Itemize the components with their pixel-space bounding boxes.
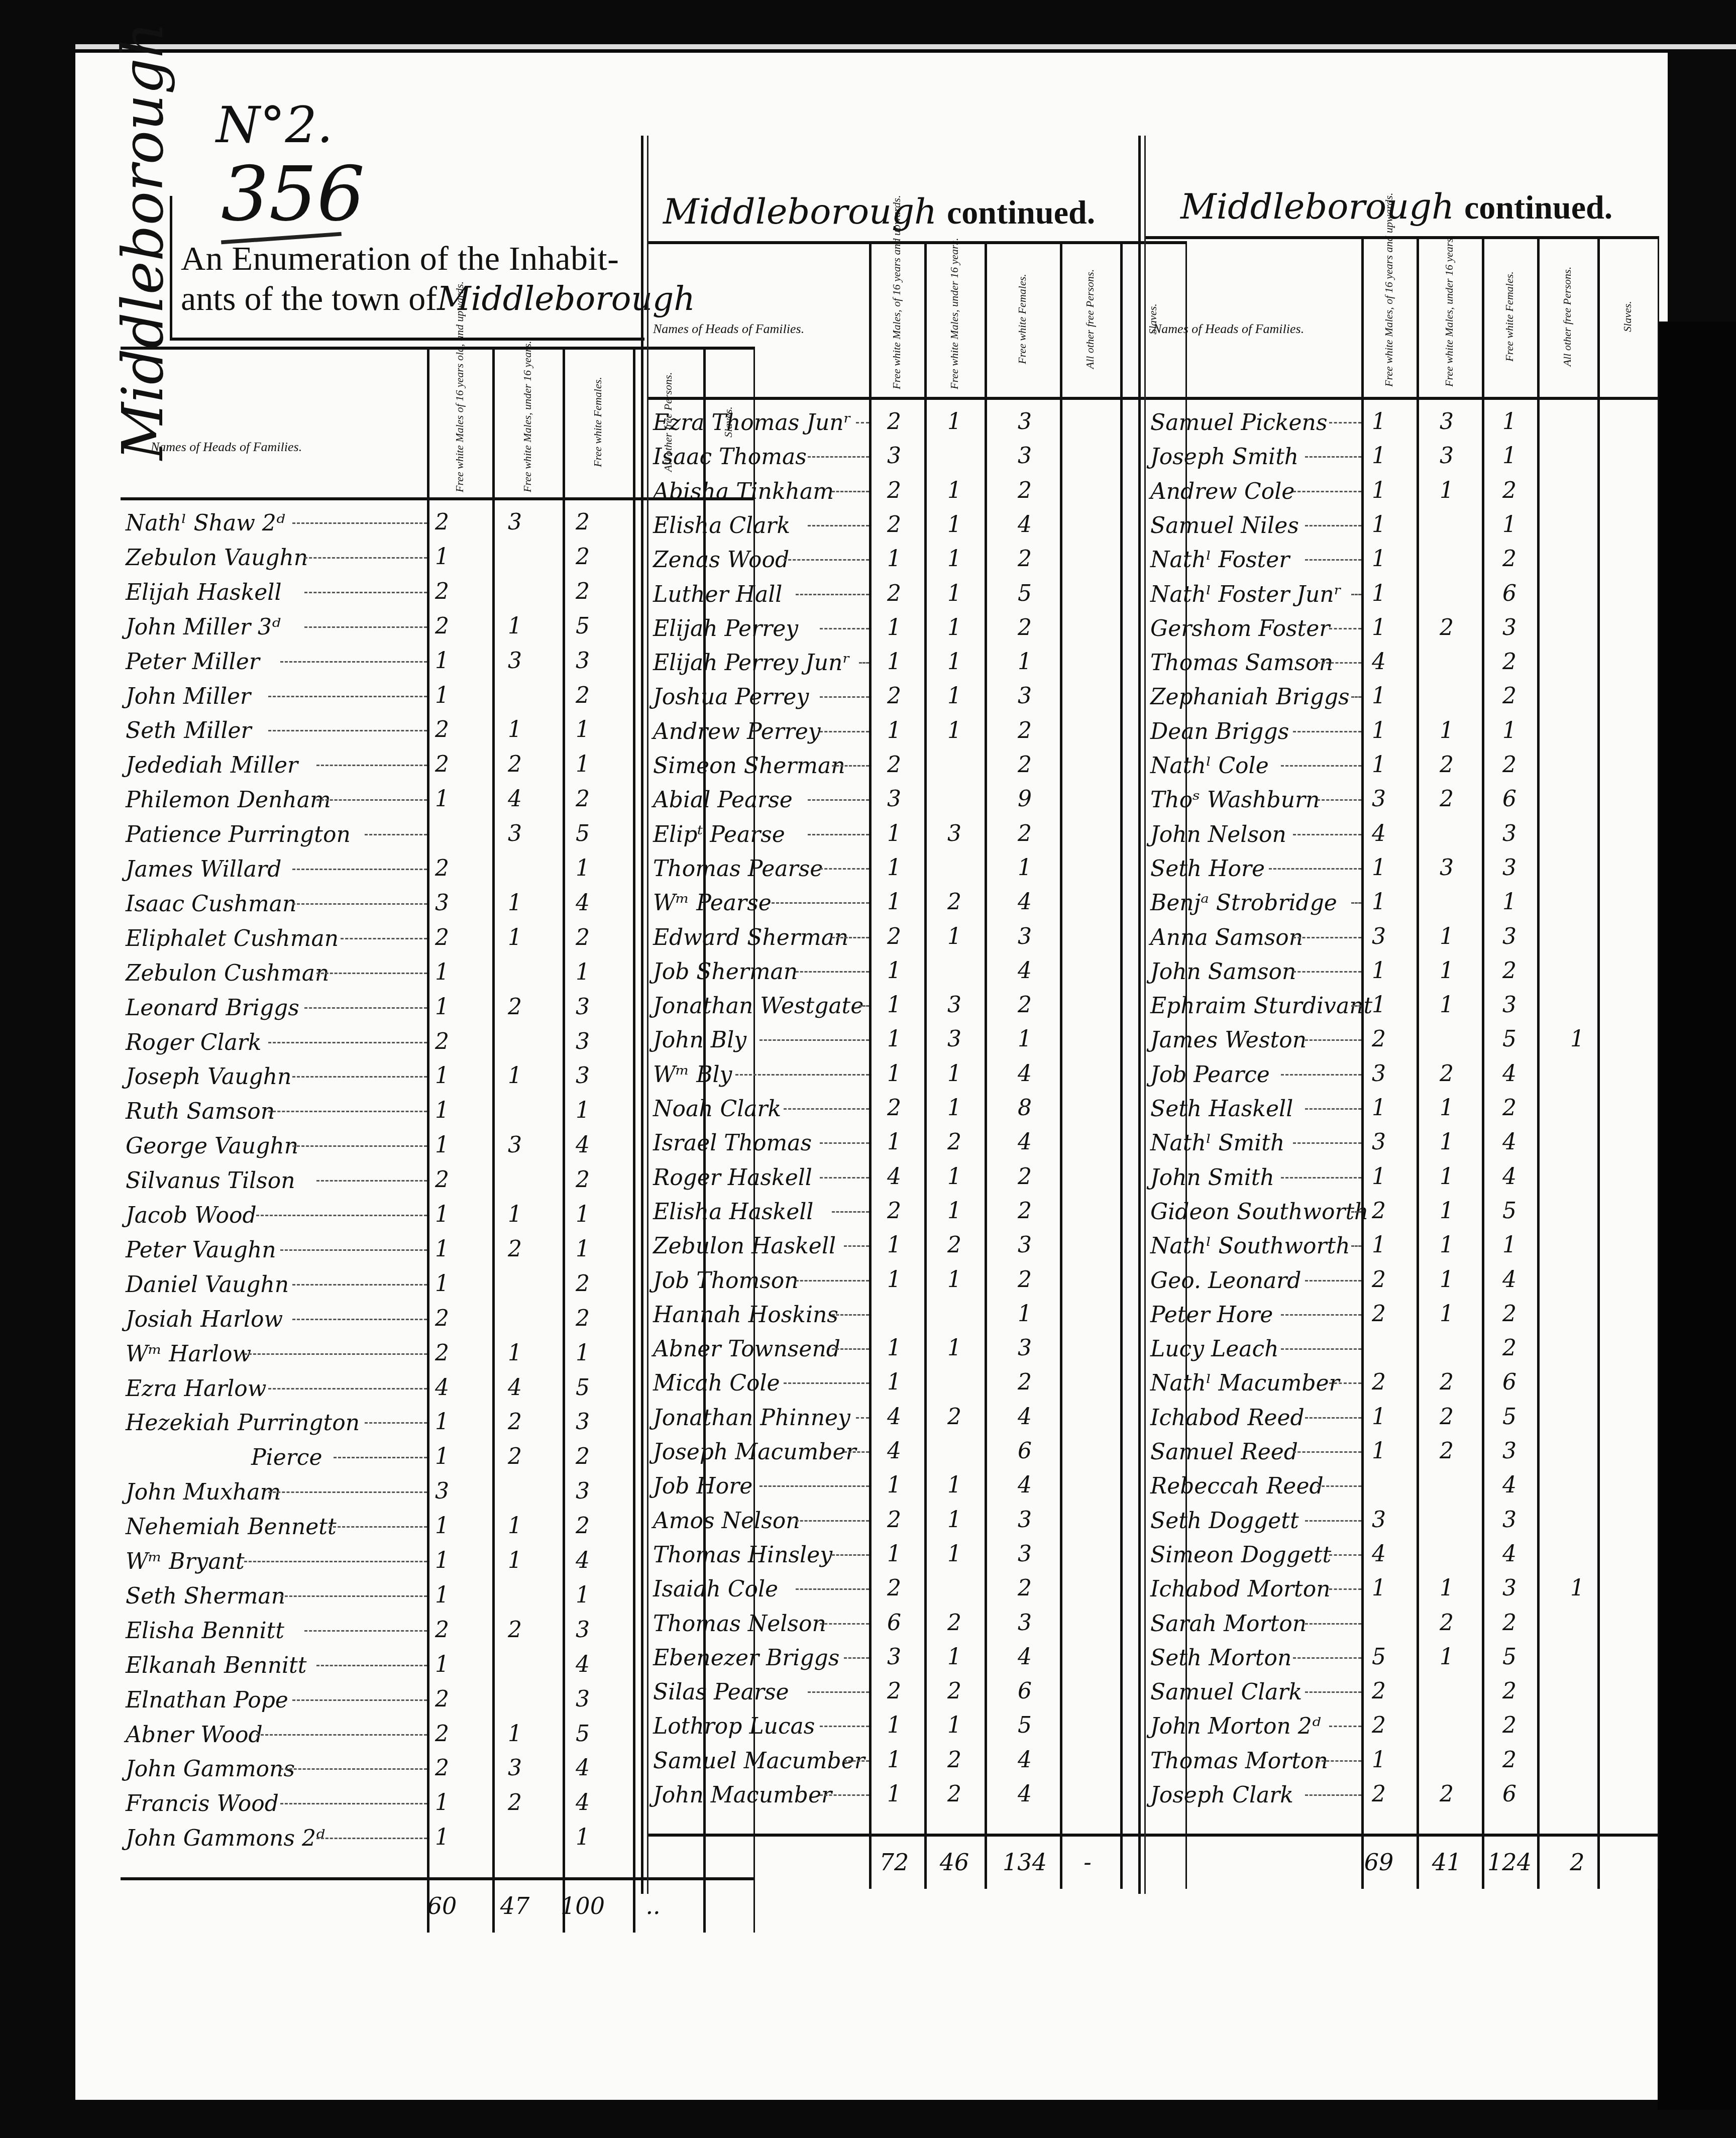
count-mu16: 2: [939, 889, 969, 915]
count-m16: 1: [879, 958, 909, 984]
count-mu16: 1: [939, 1095, 969, 1121]
leader-dash: [1293, 971, 1361, 973]
head-of-family-name: Lothrop Lucas: [653, 1714, 815, 1739]
count-m16: 2: [1364, 1198, 1394, 1224]
leader-dash: [1305, 1520, 1361, 1522]
males16up-header: Free white Males, of 16 years and upward…: [1361, 236, 1417, 397]
count-mu16: 3: [500, 1755, 530, 1781]
count-other: 1: [1562, 1575, 1592, 1601]
census-row: Hannah Hoskins1: [653, 1299, 1185, 1333]
count-m16: 3: [879, 443, 909, 469]
count-f: 2: [568, 1444, 598, 1469]
head-of-family-name: James Weston: [1150, 1027, 1307, 1053]
count-f: 1: [568, 1202, 598, 1227]
census-row: Wᵐ Bly114: [653, 1059, 1185, 1093]
count-m16: 4: [427, 1375, 457, 1401]
count-mu16: 1: [939, 546, 969, 572]
count-m16: 1: [1364, 718, 1394, 743]
count-f: 1: [1494, 718, 1525, 743]
head-of-family-name: Gideon Southworth: [1150, 1199, 1368, 1225]
census-row: Samuel Clark22: [1150, 1676, 1658, 1711]
count-f: 3: [568, 1409, 598, 1435]
leader-dash: [832, 1314, 869, 1316]
head-of-family-name: Thomas Hinsley: [653, 1542, 832, 1568]
count-f: 5: [568, 1375, 598, 1401]
count-m16: 1: [1364, 752, 1394, 778]
leader-dash: [784, 559, 869, 561]
census-row: Zebulon Haskell123: [653, 1230, 1185, 1264]
count-mu16: 1: [500, 717, 530, 742]
count-m16: 2: [1364, 1678, 1394, 1704]
females-header: Free white Females.: [1482, 236, 1537, 397]
head-of-family-name: Eliphalet Cushman: [126, 926, 339, 951]
count-m16: 1: [1364, 1404, 1394, 1430]
census-row: Seth Doggett33: [1150, 1505, 1658, 1539]
census-row: Nathˡ Smith314: [1150, 1127, 1658, 1161]
count-f: 4: [568, 1755, 598, 1781]
section-3-title: Middleboroughcontinued.: [1180, 186, 1612, 227]
head-of-family-name: Job Thomson: [653, 1268, 799, 1294]
count-m16: 1: [1364, 958, 1394, 984]
title-town: Middleborough: [437, 279, 695, 318]
slaves-header: Slaves.: [1120, 241, 1185, 397]
count-f: 1: [1010, 855, 1040, 881]
head-of-family-name: Lucy Leach: [1150, 1336, 1279, 1362]
leader-dash: [316, 765, 427, 766]
count-m16: 1: [879, 1129, 909, 1155]
leader-dash: [1305, 456, 1361, 458]
count-m16: 4: [879, 1404, 909, 1430]
count-mu16: 1: [939, 1335, 969, 1361]
count-f: 2: [568, 544, 598, 570]
count-m16: 2: [879, 752, 909, 778]
count-mu16: 1: [939, 409, 969, 435]
count-mu16: 3: [939, 1026, 969, 1052]
count-m16: 1: [1364, 1747, 1394, 1773]
count-m16: 1: [879, 1747, 909, 1773]
count-m16: 2: [1364, 1713, 1394, 1738]
leader-dash: [844, 1657, 869, 1659]
leader-dash: [1305, 1039, 1361, 1041]
head-of-family-name: Hezekiah Purrington: [126, 1410, 360, 1436]
leader-dash: [268, 1491, 427, 1493]
count-f: 1: [568, 1825, 598, 1850]
count-mu16: 1: [939, 649, 969, 675]
count-mu16: 1: [500, 1721, 530, 1747]
count-mu16: 4: [500, 786, 530, 812]
count-m16: 2: [1364, 1267, 1394, 1293]
count-mu16: 2: [1432, 1781, 1462, 1807]
head-of-family-name: Abisha Tinkham: [653, 479, 834, 504]
leader-dash: [280, 1595, 427, 1597]
count-f: 4: [568, 1132, 598, 1158]
count-mu16: 1: [1432, 1129, 1462, 1155]
count-f: 6: [1494, 1781, 1525, 1807]
count-f: 3: [568, 1617, 598, 1643]
slaves-header-text: Slaves.: [1621, 301, 1634, 332]
count-f: 3: [568, 1686, 598, 1712]
count-m16: 1: [1364, 581, 1394, 606]
leader-dash: [1305, 559, 1361, 561]
head-of-family-name: Abial Pearse: [653, 787, 793, 813]
count-f: 1: [1494, 889, 1525, 915]
head-of-family-name: Jonathan Phinney: [653, 1405, 850, 1431]
count-m16: 4: [879, 1164, 909, 1190]
count-m16: 1: [427, 1548, 457, 1573]
count-f: 4: [1010, 1747, 1040, 1773]
leader-dash: [304, 1630, 427, 1632]
head-of-family-name: Nathˡ Smith: [1150, 1130, 1284, 1156]
leader-dash: [1293, 1451, 1361, 1453]
count-mu16: 3: [939, 992, 969, 1018]
count-f: 1: [1010, 1026, 1040, 1052]
head-of-family-name: Jedediah Miller: [126, 753, 298, 778]
head-of-family-name: John Morton 2ᵈ: [1150, 1714, 1321, 1739]
count-mu16: 2: [1432, 786, 1462, 812]
head-of-family-name: Ezra Harlow: [126, 1376, 266, 1402]
head-of-family-name: Elipᵗ Pearse: [653, 822, 785, 847]
leader-dash: [1329, 422, 1361, 423]
count-mu16: 1: [939, 581, 969, 606]
count-f: 3: [1010, 409, 1040, 435]
leader-dash: [316, 1180, 427, 1182]
head-of-family-name: Philemon Denham: [126, 787, 331, 813]
enumeration-title-box: An Enumeration of the Inhabit- ants of t…: [171, 193, 643, 339]
names-header: Names of Heads of Families.: [151, 440, 302, 455]
head-of-family-name: Zephaniah Briggs: [1150, 684, 1350, 710]
count-f: 2: [1010, 546, 1040, 572]
census-row: John Samson112: [1150, 956, 1658, 990]
count-f: 5: [1494, 1404, 1525, 1430]
count-f: 2: [568, 683, 598, 708]
leader-dash: [292, 1284, 427, 1286]
leader-dash: [1281, 1348, 1361, 1350]
census-row: Andrew Cole112: [1150, 476, 1658, 510]
leader-dash: [1329, 1382, 1361, 1384]
leader-dash: [856, 422, 869, 423]
leader-dash: [844, 1451, 869, 1453]
count-mu16: 1: [1432, 478, 1462, 503]
count-f: 6: [1494, 1369, 1525, 1395]
count-f: 4: [568, 1790, 598, 1815]
census-row: Sarah Morton22: [1150, 1608, 1658, 1642]
females-header: Free white Females.: [985, 241, 1060, 397]
leader-dash: [244, 1353, 427, 1355]
count-m16: 1: [427, 1825, 457, 1850]
leader-dash: [292, 1076, 427, 1078]
census-row: Samuel Reed123: [1150, 1436, 1658, 1470]
count-m16: 1: [879, 1713, 909, 1738]
head-of-family-name: Nathˡ Foster: [1150, 547, 1289, 573]
leader-dash: [820, 1726, 869, 1727]
census-row: John Macumber124: [653, 1779, 1185, 1813]
head-of-family-name: Ephraim Sturdivant: [1150, 993, 1372, 1019]
census-row: Jonathan Phinney424: [653, 1402, 1185, 1436]
count-m16: 2: [879, 512, 909, 538]
totals-rule: [121, 1877, 753, 1880]
count-f: 4: [1010, 1644, 1040, 1670]
count-f: 5: [1494, 1198, 1525, 1224]
census-row: Zephaniah Briggs12: [1150, 681, 1658, 715]
count-mu16: 3: [939, 821, 969, 846]
count-f: 4: [1494, 1129, 1525, 1155]
males16up-header-text: Free white Males, of 16 years and upward…: [1383, 246, 1395, 387]
leader-dash: [1329, 1726, 1361, 1727]
count-f: 3: [1010, 683, 1040, 709]
leader-dash: [784, 1108, 869, 1110]
count-f: 2: [1494, 1335, 1525, 1361]
count-f: 2: [568, 1167, 598, 1193]
count-mu16: 1: [1432, 1267, 1462, 1293]
section-divider-inner: [647, 136, 648, 1894]
count-mu16: 1: [500, 1513, 530, 1539]
count-m16: 3: [1364, 1129, 1394, 1155]
leader-dash: [808, 1691, 869, 1693]
count-f: 5: [1010, 581, 1040, 606]
count-mu16: 2: [1432, 1610, 1462, 1636]
head-of-family-name: Abner Wood: [126, 1722, 263, 1748]
census-row: Geo. Leonard214: [1150, 1265, 1658, 1299]
leader-dash: [844, 1245, 869, 1247]
leader-dash: [1317, 662, 1361, 664]
count-m16: 1: [427, 1790, 457, 1815]
leader-dash: [316, 799, 427, 801]
side-town-text: Middleborough: [111, 22, 176, 460]
census-row: Job Sherman14: [653, 956, 1185, 990]
count-f: 1: [568, 1236, 598, 1262]
head-of-family-name: Thomas Pearse: [653, 856, 823, 882]
count-f: 3: [1010, 443, 1040, 469]
leader-dash: [1351, 1245, 1361, 1247]
other-free-header: All other free Persons.: [1537, 236, 1597, 397]
count-f: 2: [1494, 752, 1525, 778]
leader-dash: [1305, 1280, 1361, 1281]
count-f: 6: [1010, 1438, 1040, 1464]
count-f: 2: [1494, 1747, 1525, 1773]
census-row: Elisha Clark214: [653, 510, 1185, 544]
count-f: 2: [1010, 1164, 1040, 1190]
count-f: 2: [568, 1271, 598, 1297]
count-m16: 1: [879, 1541, 909, 1567]
leader-dash: [329, 1526, 427, 1528]
head-of-family-name: Silvanus Tilson: [126, 1168, 295, 1194]
leader-dash: [1329, 1588, 1361, 1590]
head-of-family-name: Seth Miller: [126, 718, 252, 743]
leader-dash: [1305, 1794, 1361, 1796]
count-f: 2: [1494, 1301, 1525, 1327]
count-mu16: 2: [939, 1610, 969, 1636]
leader-dash: [796, 1280, 869, 1281]
count-mu16: 2: [1432, 1404, 1462, 1430]
head-of-family-name: Seth Morton: [1150, 1645, 1291, 1671]
count-m16: 1: [1364, 512, 1394, 538]
count-mu16: 1: [1432, 1575, 1462, 1601]
males-under16-header: Free white Males, under 16 years.: [492, 347, 563, 497]
count-f: 1: [1494, 409, 1525, 435]
head-of-family-name: Noah Clark: [653, 1096, 781, 1122]
census-row: Seth Hore133: [1150, 853, 1658, 887]
total-f: 134: [1002, 1849, 1047, 1876]
head-of-family-name: Andrew Perrey: [653, 719, 821, 744]
scan-top-edge: [75, 44, 1736, 49]
count-f: 1: [568, 856, 598, 881]
males16up-header: Free white Males, of 16 years and upward…: [869, 241, 924, 397]
count-f: 4: [1010, 958, 1040, 984]
count-m16: 1: [879, 1472, 909, 1498]
leader-dash: [1317, 799, 1361, 801]
other-free-header-text: All other free Persons.: [1084, 269, 1096, 369]
count-mu16: 2: [939, 1232, 969, 1258]
head-of-family-name: Joshua Perrey: [653, 684, 809, 710]
count-f: 6: [1494, 786, 1525, 812]
head-of-family-name: Patience Purrington: [126, 822, 351, 847]
leader-dash: [280, 1249, 427, 1251]
head-of-family-name: James Willard: [126, 857, 281, 882]
section-divider: [641, 136, 643, 1894]
head-of-family-name: Job Hore: [653, 1473, 752, 1499]
head-of-family-name: Benjᵃ Strobridge: [1150, 890, 1337, 916]
count-mu16: 1: [500, 1063, 530, 1089]
total-m16: 69: [1356, 1849, 1401, 1876]
names-header: Names of Heads of Families.: [653, 322, 804, 337]
count-mu16: 1: [1432, 1198, 1462, 1224]
totals-rule: [1145, 1834, 1658, 1837]
count-m16: 1: [427, 1063, 457, 1089]
count-f: 3: [1010, 1232, 1040, 1258]
count-mu16: 1: [939, 1267, 969, 1293]
count-f: 2: [1494, 1610, 1525, 1636]
census-row: Anna Samson313: [1150, 922, 1658, 956]
leader-dash: [832, 937, 869, 938]
census-row: Elipᵗ Pearse132: [653, 819, 1185, 853]
count-f: 2: [1010, 752, 1040, 778]
census-row: Samuel Macumber124: [653, 1745, 1185, 1779]
head-of-family-name: Nehemiah Bennett: [126, 1514, 337, 1540]
count-m16: 1: [427, 1202, 457, 1227]
count-mu16: 1: [1432, 924, 1462, 949]
header-bottom-rule: [1145, 397, 1658, 400]
leader-dash: [820, 628, 869, 629]
count-m16: 1: [427, 1098, 457, 1123]
leader-dash: [1329, 628, 1361, 629]
count-f: 2: [1010, 718, 1040, 743]
count-m16: 1: [427, 1409, 457, 1435]
count-f: 2: [568, 925, 598, 950]
count-m16: 1: [427, 683, 457, 708]
head-of-family-name: Geo. Leonard: [1150, 1268, 1301, 1294]
head-of-family-name: Thomas Nelson: [653, 1611, 826, 1637]
total-m16: 72: [872, 1849, 917, 1876]
census-row: Elisha Haskell212: [653, 1196, 1185, 1230]
count-m16: 2: [879, 1575, 909, 1601]
census-row: Wᵐ Pearse124: [653, 887, 1185, 921]
count-f: 1: [568, 959, 598, 985]
count-mu16: 1: [1432, 1232, 1462, 1258]
head-of-family-name: Anna Samson: [1150, 925, 1303, 950]
count-f: 4: [1494, 1164, 1525, 1190]
leader-dash: [1351, 594, 1361, 595]
head-of-family-name: John Nelson: [1150, 822, 1286, 847]
count-f: 1: [568, 1098, 598, 1123]
count-other: 1: [1562, 1026, 1592, 1052]
count-f: 2: [1494, 1095, 1525, 1121]
leader-dash: [808, 834, 869, 835]
head-of-family-name: Israel Thomas: [653, 1130, 812, 1156]
leader-dash: [1305, 525, 1361, 526]
census-row: Gershom Foster123: [1150, 613, 1658, 647]
count-m16: 1: [427, 544, 457, 570]
count-mu16: 1: [939, 1061, 969, 1087]
head-of-family-name: Roger Haskell: [653, 1165, 812, 1191]
count-m16: 2: [879, 683, 909, 709]
census-row: Samuel Pickens131: [1150, 407, 1658, 441]
count-mu16: 2: [939, 1678, 969, 1704]
head-of-family-name: Ruth Samson: [126, 1099, 275, 1124]
count-f: 2: [1010, 821, 1040, 846]
count-f: 2: [1494, 1678, 1525, 1704]
head-of-family-name: Samuel Niles: [1150, 513, 1299, 539]
count-m16: 1: [1364, 546, 1394, 572]
leader-dash: [832, 1554, 869, 1556]
count-f: 2: [1010, 992, 1040, 1018]
count-m16: 1: [879, 546, 909, 572]
leader-dash: [1305, 1623, 1361, 1625]
head-of-family-name: Seth Sherman: [126, 1583, 285, 1609]
count-f: 4: [568, 1652, 598, 1677]
leader-dash: [256, 1215, 427, 1216]
head-of-family-name: Luther Hall: [653, 582, 782, 607]
count-m16: 2: [879, 1095, 909, 1121]
count-m16: 4: [1364, 1541, 1394, 1567]
count-m16: 1: [1364, 1438, 1394, 1464]
head-of-family-name: Amos Nelson: [653, 1508, 800, 1534]
leader-dash: [244, 1561, 427, 1562]
leader-dash: [1351, 1211, 1361, 1213]
count-m16: 1: [1364, 889, 1394, 915]
head-of-family-name: John Smith: [1150, 1165, 1274, 1191]
females-header-text: Free white Females.: [1503, 271, 1515, 361]
count-mu16: 2: [1432, 752, 1462, 778]
head-of-family-name: John Gammons: [126, 1756, 295, 1782]
count-f: 3: [1010, 1335, 1040, 1361]
leader-dash: [844, 1760, 869, 1762]
count-mu16: 4: [500, 1375, 530, 1401]
count-m16: 6: [879, 1610, 909, 1636]
count-f: 1: [1494, 1232, 1525, 1258]
count-m16: 1: [1364, 478, 1394, 503]
count-mu16: 1: [1432, 992, 1462, 1018]
count-f: 2: [1494, 546, 1525, 572]
census-row: John Nelson43: [1150, 819, 1658, 853]
leader-dash: [808, 456, 869, 458]
total-other: -: [1065, 1849, 1110, 1876]
leader-dash: [268, 1042, 427, 1043]
count-mu16: 1: [1432, 1301, 1462, 1327]
head-of-family-name: Nathˡ Macumber: [1150, 1370, 1340, 1396]
count-f: 2: [1494, 958, 1525, 984]
head-of-family-name: Joseph Smith: [1150, 444, 1298, 470]
leader-dash: [268, 696, 427, 697]
count-mu16: 3: [500, 648, 530, 674]
leader-dash: [316, 1838, 427, 1839]
count-f: 2: [1010, 615, 1040, 640]
head-of-family-name: Dean Briggs: [1150, 719, 1289, 744]
head-of-family-name: Joseph Macumber: [653, 1439, 856, 1465]
count-f: 4: [1010, 1781, 1040, 1807]
leader-dash: [820, 868, 869, 870]
census-row: Gideon Southworth215: [1150, 1196, 1658, 1230]
count-m16: 1: [879, 1335, 909, 1361]
